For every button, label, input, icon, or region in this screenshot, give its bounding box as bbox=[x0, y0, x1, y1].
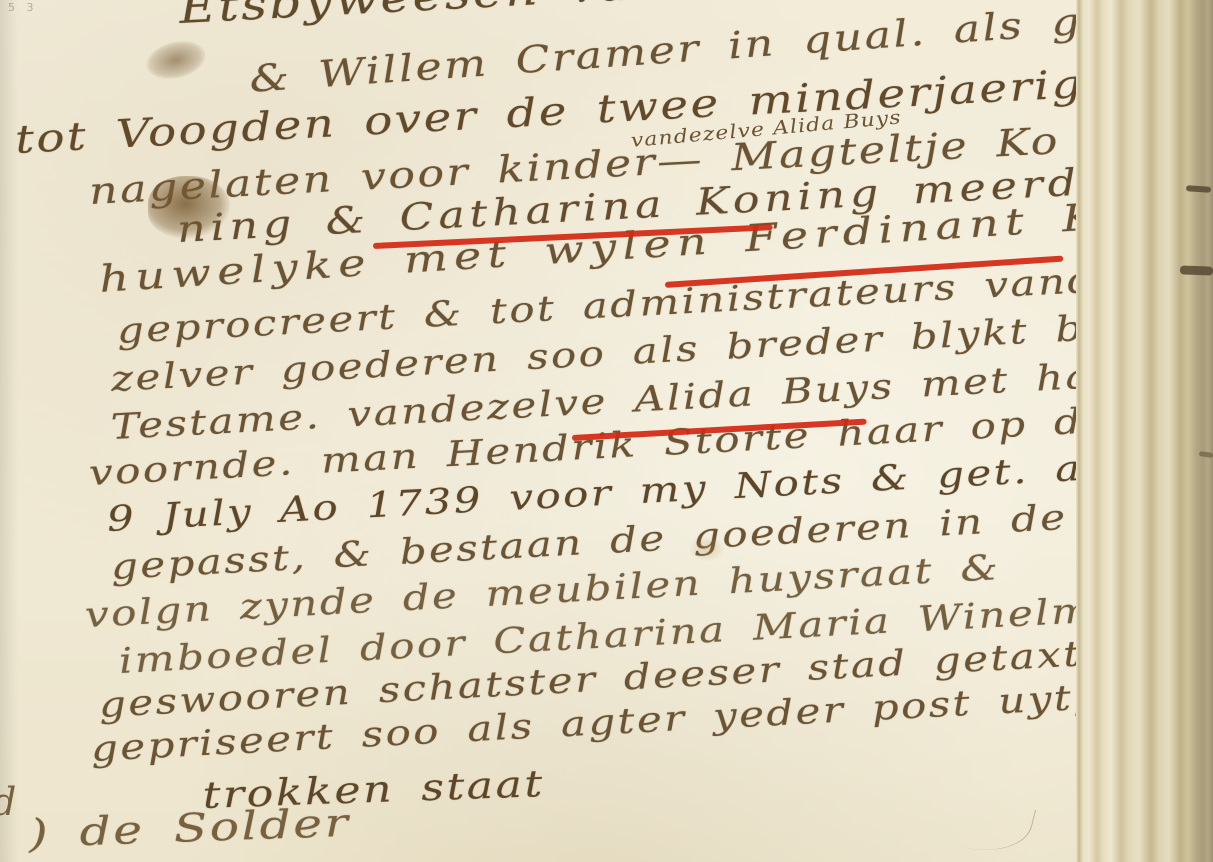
page-edge-crack bbox=[1180, 265, 1213, 275]
manuscript-scan-page: 5 3 Etsbyweesen va d 22 Cosmelis & Wille… bbox=[0, 0, 1213, 862]
cut-off-stroke-fragment: d bbox=[0, 780, 16, 824]
manuscript-line-de-solder: ) de Solder bbox=[28, 801, 351, 857]
handwriting-layer: Etsbyweesen va d 22 Cosmelis & Willem Cr… bbox=[0, 0, 1080, 862]
book-page-fore-edge bbox=[1076, 0, 1213, 862]
paper-stain bbox=[688, 536, 726, 562]
